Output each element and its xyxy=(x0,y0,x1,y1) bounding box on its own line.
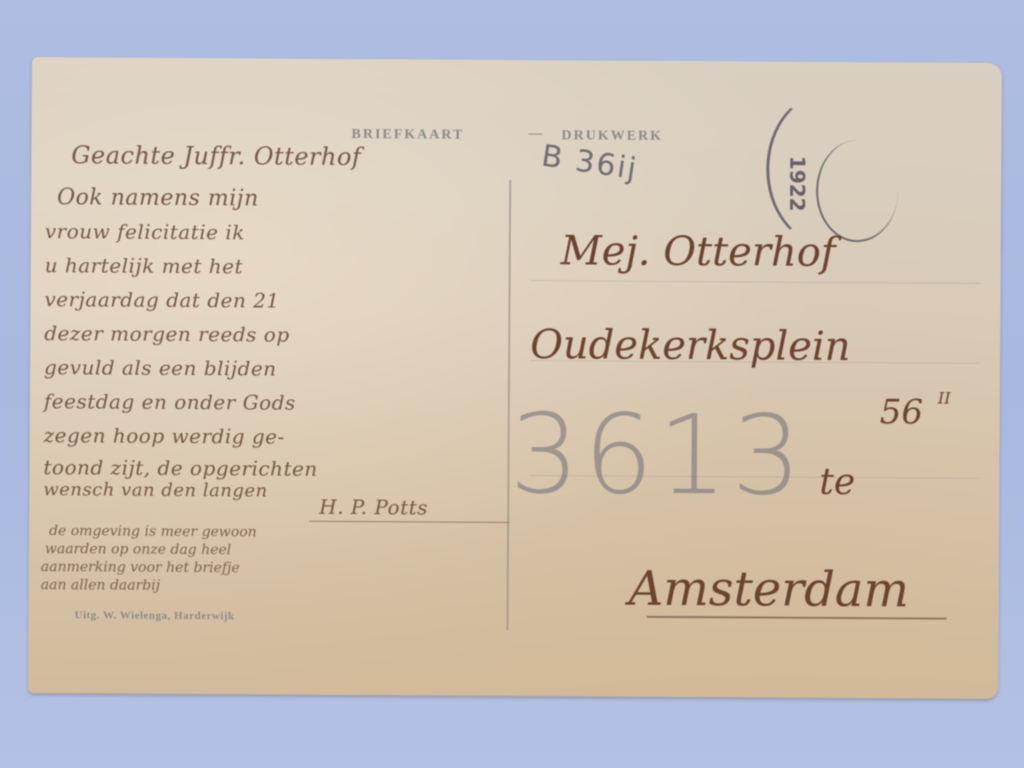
postscript-line: de omgeving is meer gewoon xyxy=(49,523,257,540)
message-line: feestdag en onder Gods xyxy=(44,389,296,415)
pencil-number: 3613 xyxy=(509,390,806,520)
message-line: vrouw felicitatie ik xyxy=(45,219,245,244)
message-line: dezer morgen reeds op xyxy=(44,321,290,346)
message-line: verjaardag dat den 21 xyxy=(44,287,279,312)
signature-underline xyxy=(309,521,509,523)
address-block: Mej. Otterhof Oudekerksplein 56 II te Am… xyxy=(32,57,1002,63)
publisher-imprint: Uitg. W. Wielenga, Harderwijk xyxy=(75,609,235,622)
postmark-date: 1922 xyxy=(785,156,809,212)
recipient-prefix: te xyxy=(819,462,855,503)
recipient-name: Mej. Otterhof xyxy=(561,228,836,276)
message-block: Geachte Juffr. Otterhof Ook namens mijn … xyxy=(32,57,1002,63)
recipient-city: Amsterdam xyxy=(629,561,910,619)
address-guide-line xyxy=(531,280,981,284)
postcard: BRIEFKAART — DRUKWERK B 36ij 1922 Geacht… xyxy=(28,57,1002,699)
recipient-floor: II xyxy=(938,389,951,408)
recipient-street: Oudekerksplein xyxy=(530,322,851,370)
signature: H. P. Potts xyxy=(319,495,428,520)
postmark-inner-ring-icon xyxy=(816,140,899,242)
printed-header-separator: — xyxy=(528,126,544,142)
recipient-house-number: 56 xyxy=(880,392,924,432)
message-line: zegen hoop werdig ge- xyxy=(44,423,285,448)
postscript-line: waarden op onze dag heel xyxy=(45,541,231,558)
message-line: u hartelijk met het xyxy=(45,253,244,278)
message-line: Ook namens mijn xyxy=(57,185,259,211)
postscript-line: aan allen daarbij xyxy=(41,577,160,594)
message-line: Geachte Juffr. Otterhof xyxy=(71,141,361,171)
printed-header-briefkaart: BRIEFKAART xyxy=(351,127,464,144)
message-line: toond zijt, de opgerichten xyxy=(43,455,317,481)
message-line: gevuld als een blijden xyxy=(44,355,277,380)
postscript-line: aanmerking voor het briefje xyxy=(41,559,240,576)
registration-mark: B 36ij xyxy=(539,139,640,188)
city-underline xyxy=(647,616,947,620)
message-line: wensch van den langen xyxy=(43,479,267,501)
